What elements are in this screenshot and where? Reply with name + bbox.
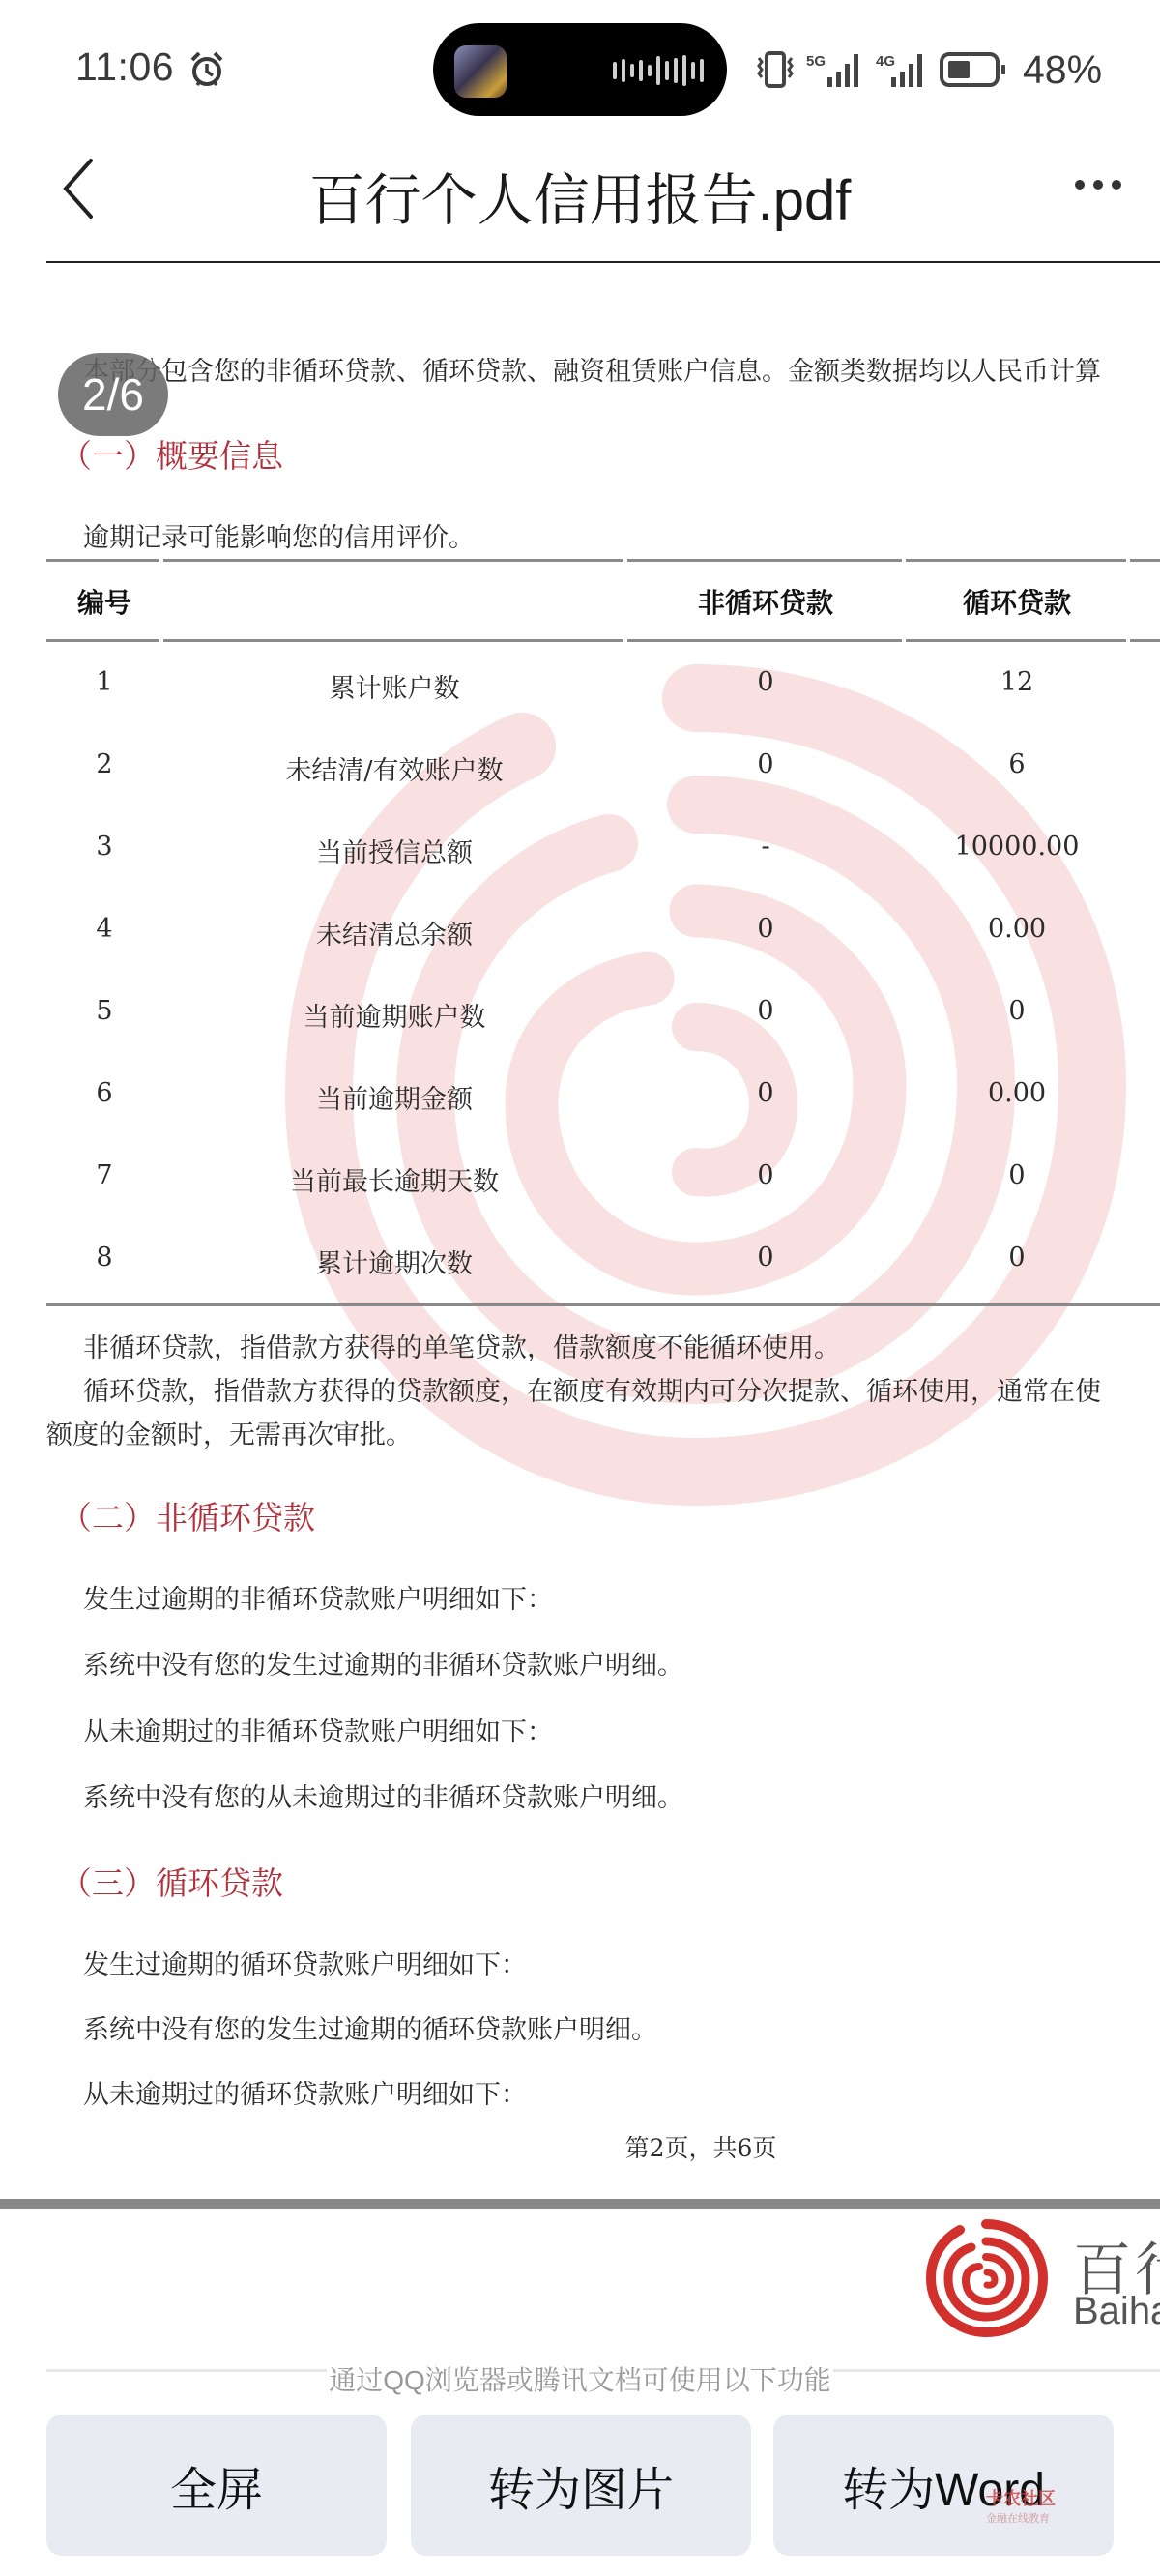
section-line: 系统中没有您的发生过逾期的非循环贷款账户明细。 [83,1644,683,1682]
dot-icon [1093,180,1103,190]
row-non-revolving: 0 [627,1243,904,1273]
section-line: 从未逾期过的非循环贷款账户明细如下： [83,1711,553,1748]
table-border [906,639,1126,642]
row-no: 1 [46,667,162,697]
signal-5g-icon: 5G [806,50,866,89]
section-heading-revolving: （三）循环贷款 [60,1859,283,1904]
row-item: 当前授信总额 [163,832,625,869]
row-non-revolving: 0 [627,1160,904,1190]
table-border [1130,559,1160,562]
dot-icon [1075,180,1085,190]
row-revolving: 10000.00 [906,832,1128,862]
row-item: 当前逾期账户数 [163,996,625,1034]
watermark-title: 卡农社区 [986,2485,1102,2510]
row-non-revolving: 0 [627,996,904,1026]
logo-text-en: Baihang [1073,2290,1160,2333]
row-revolving: 0 [906,1160,1128,1190]
section-line: 发生过逾期的非循环贷款账户明细如下： [83,1578,553,1616]
convert-to-image-button[interactable]: 转为图片 [411,2415,751,2556]
table-border [163,559,623,562]
alarm-clock-icon [189,50,224,89]
row-no: 2 [46,749,162,779]
row-no: 8 [46,1243,162,1273]
table-border [163,639,623,642]
table-border [906,559,1126,562]
page-indicator: 2/6 [58,353,168,436]
table-border [627,559,902,562]
page-separator [0,2199,1160,2209]
row-non-revolving: 0 [627,1078,904,1108]
row-item: 未结清/有效账户数 [163,749,625,787]
intro-text: 本部分包含您的非循环贷款、循环贷款、融资租赁账户信息。金额类数据均以人民币计算 [83,350,1101,388]
row-item: 累计账户数 [163,667,625,705]
svg-text:4G: 4G [876,53,895,70]
row-no: 3 [46,832,162,862]
overlay-watermark: 卡农社区 金融在线教育 [986,2485,1102,2528]
section-heading-summary: （一）概要信息 [60,431,283,477]
row-no: 7 [46,1160,162,1190]
signal-4g-icon: 4G [876,50,930,89]
table-border [627,639,902,642]
row-item: 未结清总余额 [163,914,625,951]
more-options-button[interactable] [1075,180,1133,193]
row-no: 4 [46,914,162,944]
audio-waveform-icon [613,52,704,89]
vibrate-icon [754,50,797,89]
baihang-logo-icon [923,2216,1049,2338]
row-item: 当前逾期金额 [163,1078,625,1116]
battery-percent: 48% [1023,47,1102,93]
row-revolving: 0 [906,996,1128,1026]
row-no: 5 [46,996,162,1026]
row-revolving: 0 [906,1243,1128,1273]
feature-tip: 通过QQ浏览器或腾讯文档可使用以下功能 [0,2359,1160,2398]
row-item: 当前最长逾期天数 [163,1160,625,1198]
definition-line: 额度的金额时，无需再次审批。 [46,1414,412,1451]
section-line: 系统中没有您的从未逾期过的非循环贷款账户明细。 [83,1776,683,1814]
page-footer: 第2页，共6页 [0,2129,1160,2164]
definition-line: 循环贷款，指借款方获得的贷款额度，在额度有效期内可分次提款、循环使用，通常在使 [83,1370,1101,1408]
battery-icon [940,50,1007,89]
pdf-page[interactable]: 本部分包含您的非循环贷款、循环贷款、融资租赁账户信息。金额类数据均以人民币计算 … [0,263,1160,2199]
svg-text:5G: 5G [806,53,826,70]
section-line: 从未逾期过的循环贷款账户明细如下： [83,2073,527,2111]
watermark-subtitle: 金融在线教育 [986,2510,1102,2526]
section-line: 系统中没有您的发生过逾期的循环贷款账户明细。 [83,2008,657,2046]
row-revolving: 12 [906,667,1128,697]
section-heading-non-revolving: （二）非循环贷款 [60,1493,315,1538]
section-line: 发生过逾期的循环贷款账户明细如下： [83,1944,527,1981]
definition-line: 非循环贷款，指借款方获得的单笔贷款，借款额度不能循环使用。 [83,1327,840,1364]
table-border [1130,639,1160,642]
row-non-revolving: 0 [627,914,904,944]
table-header-revolving: 循环贷款 [906,582,1128,621]
row-revolving: 0.00 [906,914,1128,944]
row-non-revolving: 0 [627,749,904,779]
feature-tip-text: 通过QQ浏览器或腾讯文档可使用以下功能 [327,2365,833,2395]
media-album-art[interactable] [454,45,507,98]
table-border [46,559,159,562]
row-revolving: 0.00 [906,1078,1128,1108]
row-non-revolving: 0 [627,667,904,697]
row-non-revolving: - [627,832,904,862]
status-icons: 5G 4G 48% [754,46,1102,93]
row-no: 6 [46,1078,162,1108]
table-header-no: 编号 [46,582,162,621]
row-item: 累计逾期次数 [163,1243,625,1280]
status-time: 11:06 [75,44,174,90]
fullscreen-button[interactable]: 全屏 [46,2415,387,2556]
document-title: 百行个人信用报告.pdf [0,155,1160,236]
table-header-non-revolving: 非循环贷款 [627,582,904,621]
row-revolving: 6 [906,749,1128,779]
table-border [46,639,159,642]
table-bottom-border [46,1303,1160,1306]
dynamic-island[interactable] [433,23,727,116]
overdue-note: 逾期记录可能影响您的信用评价。 [83,516,475,554]
dot-icon [1112,180,1121,190]
